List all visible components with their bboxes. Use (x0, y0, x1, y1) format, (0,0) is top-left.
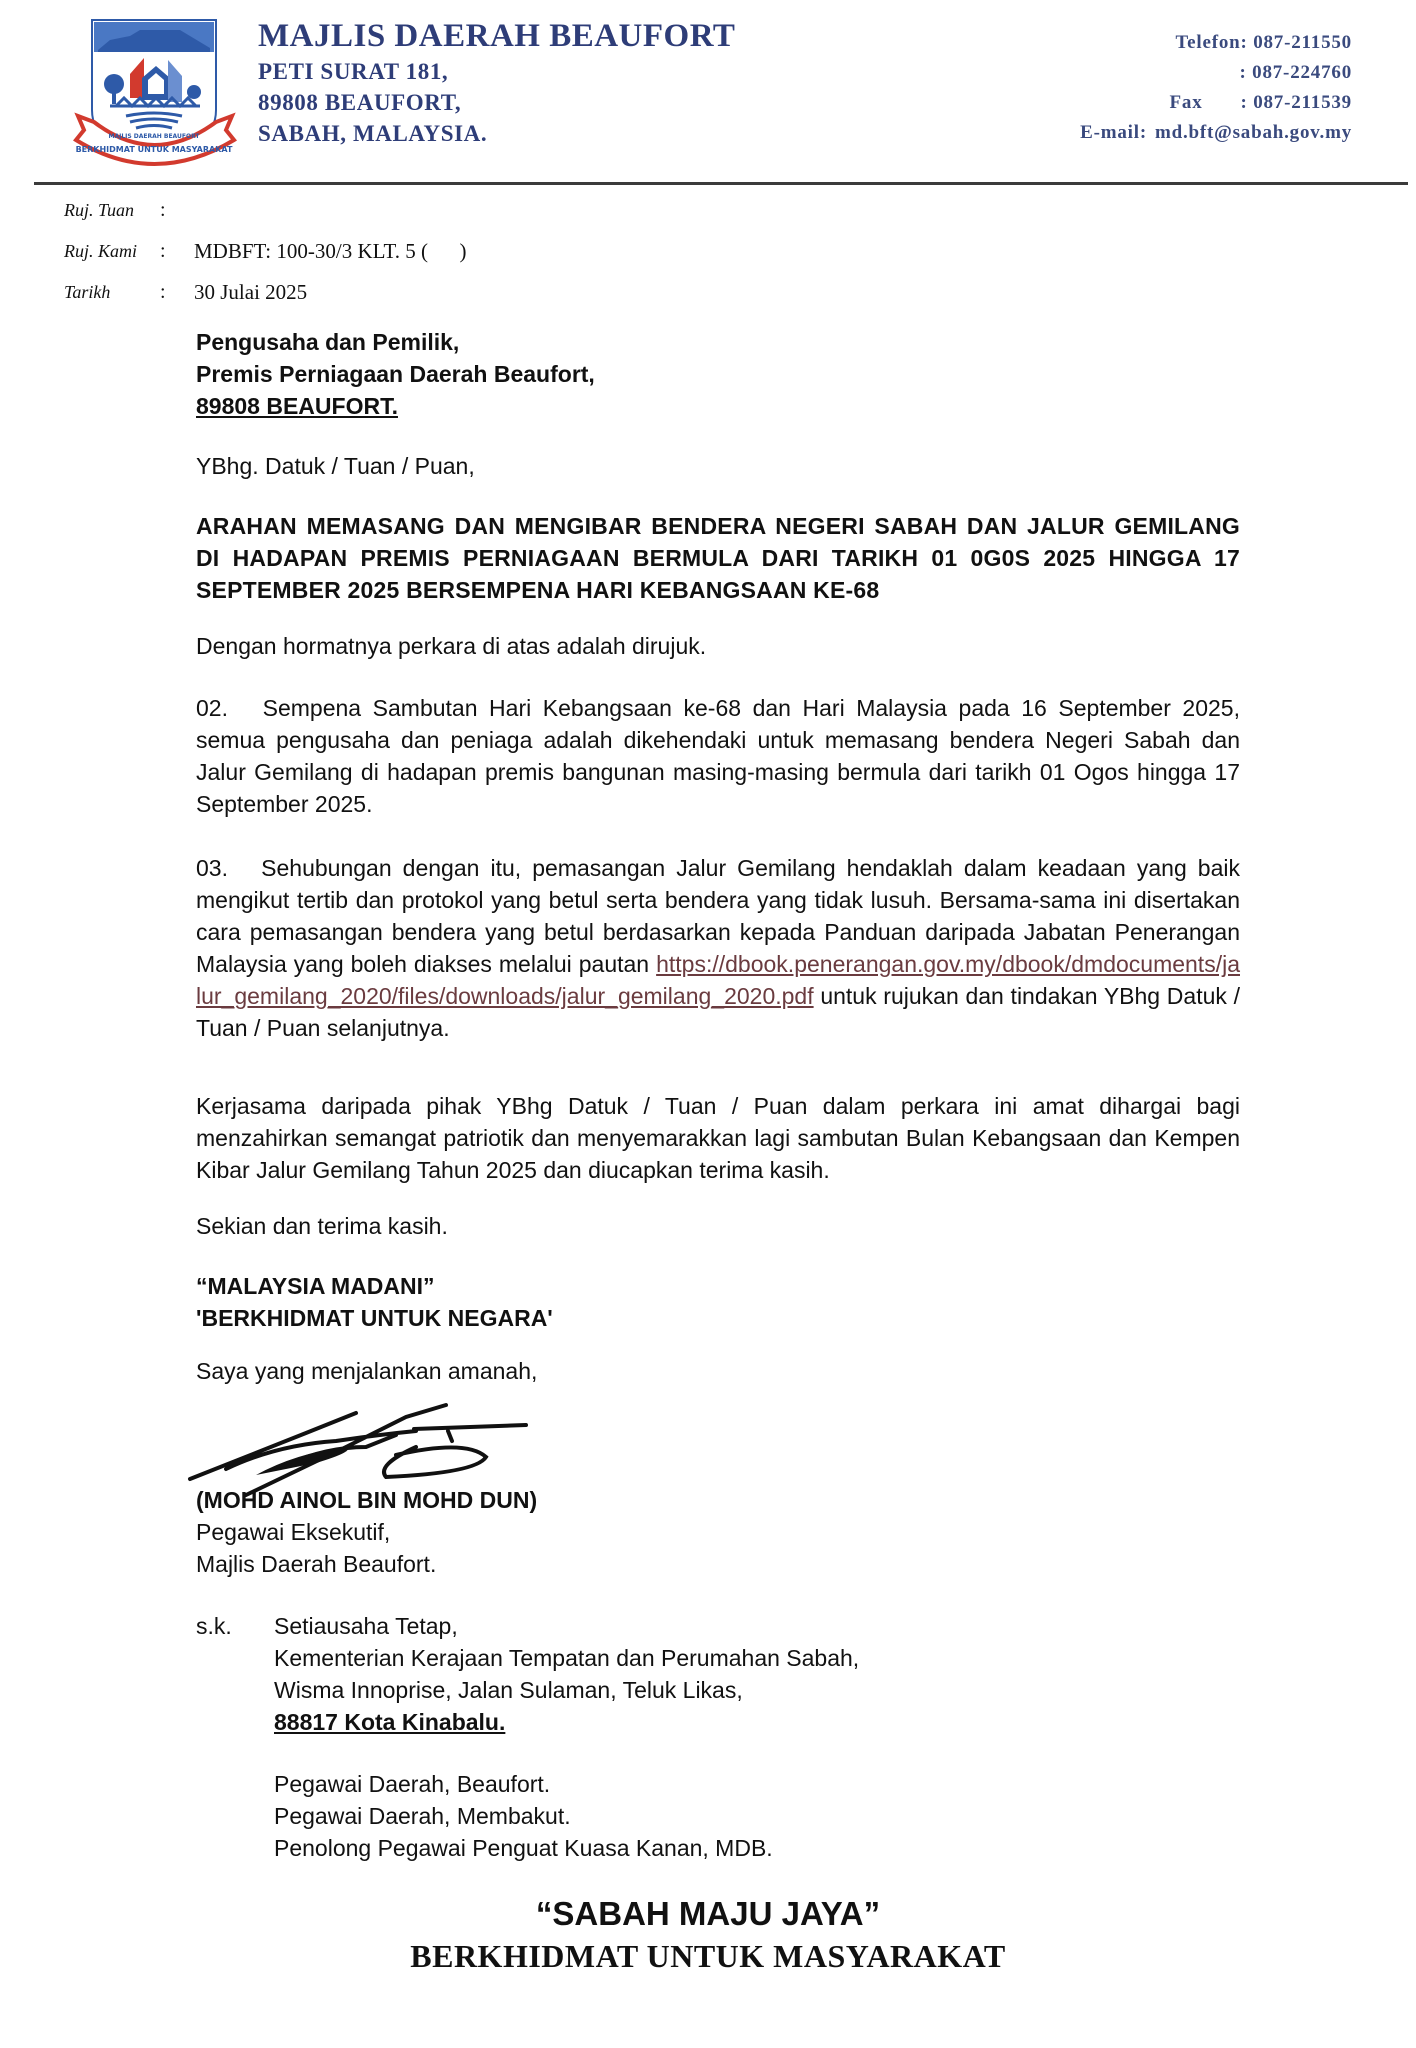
signatory-block: (MOHD AINOL BIN MOHD DUN) Pegawai Ekseku… (196, 1484, 1240, 1580)
crest-name-text: MAJLIS DAERAH BEAUFORT (108, 133, 200, 140)
closing-line: Sekian dan terima kasih. (196, 1210, 1240, 1242)
ruj-kami-label: Ruj. Kami (64, 231, 160, 272)
tarikh-label: Tarikh (64, 272, 160, 313)
ruj-tuan-label: Ruj. Tuan (64, 190, 160, 231)
address-line-2: 89808 BEAUFORT, (258, 87, 735, 118)
salutation: YBhg. Datuk / Tuan / Puan, (196, 450, 1240, 482)
cc-block: s.k. Setiausaha Tetap, Kementerian Keraj… (196, 1610, 859, 1864)
email-address[interactable]: md.bft@sabah.gov.my (1155, 118, 1352, 148)
fax-number: : 087-211539 (1241, 88, 1352, 118)
cc-line: Setiausaha Tetap, (274, 1610, 859, 1642)
reference-block: Ruj. Tuan : Ruj. Kami : MDBFT: 100-30/3 … (64, 190, 467, 313)
separator: : (160, 231, 194, 272)
org-name: MAJLIS DAERAH BEAUFORT (258, 16, 735, 56)
slogan-berkhidmat-negara: 'BERKHIDMAT UNTUK NEGARA' (196, 1302, 1240, 1334)
municipal-crest-icon: BERKHIDMAT UNTUK MASYARAKAT MAJLIS DAERA… (70, 18, 240, 176)
cc-line: Kementerian Kerajaan Tempatan dan Peruma… (274, 1642, 859, 1674)
slogan-block: “MALAYSIA MADANI” 'BERKHIDMAT UNTUK NEGA… (196, 1270, 1240, 1334)
ruj-kami-value: MDBFT: 100-30/3 KLT. 5 ( ) (194, 231, 467, 272)
address-line-3: SABAH, MALAYSIA. (258, 118, 735, 149)
telefon-2: : 087-224760 (1239, 58, 1352, 88)
paragraph-02: 02. Sempena Sambutan Hari Kebangsaan ke-… (196, 692, 1240, 820)
recipient-block: Pengusaha dan Pemilik, Premis Perniagaan… (196, 326, 1240, 422)
recipient-line-3: 89808 BEAUFORT. (196, 390, 1240, 422)
signature-intro: Saya yang menjalankan amanah, (196, 1355, 1240, 1387)
cc-line: 88817 Kota Kinabalu. (274, 1706, 859, 1738)
cc-line: Penolong Pegawai Penguat Kuasa Kanan, MD… (274, 1832, 859, 1864)
telefon-label: Telefon (1175, 28, 1240, 58)
separator: : (160, 190, 194, 231)
footer-motto-berkhidmat: BERKHIDMAT UNTUK MASYARAKAT (0, 1938, 1416, 1975)
tarikh-value: 30 Julai 2025 (194, 272, 307, 313)
email-label: E-mail: (1080, 118, 1147, 148)
recipient-line-2: Premis Perniagaan Daerah Beaufort, (196, 358, 1240, 390)
cc-line: Pegawai Daerah, Beaufort. (274, 1768, 859, 1800)
fax-label: Fax (1170, 88, 1203, 118)
footer-motto-sabah-maju-jaya: “SABAH MAJU JAYA” (0, 1895, 1416, 1933)
crest-ribbon-text: BERKHIDMAT UNTUK MASYARAKAT (76, 145, 233, 154)
telefon-1: : 087-211550 (1241, 28, 1352, 58)
letterhead-divider (34, 182, 1408, 185)
signatory-title: Pegawai Eksekutif, (196, 1516, 1240, 1548)
separator: : (160, 272, 194, 313)
slogan-malaysia-madani: “MALAYSIA MADANI” (196, 1270, 1240, 1302)
opening-paragraph: Dengan hormatnya perkara di atas adalah … (196, 630, 1240, 662)
cc-line: Pegawai Daerah, Membakut. (274, 1800, 859, 1832)
cc-line: Wisma Innoprise, Jalan Sulaman, Teluk Li… (274, 1674, 859, 1706)
letterhead-address-block: MAJLIS DAERAH BEAUFORT PETI SURAT 181, 8… (258, 16, 735, 149)
paragraph-03: 03. Sehubungan dengan itu, pemasangan Ja… (196, 852, 1240, 1044)
paragraph-number: 02. (196, 695, 228, 721)
cc-label: s.k. (196, 1610, 274, 1864)
paragraph-text: Sempena Sambutan Hari Kebangsaan ke-68 d… (196, 695, 1240, 817)
letter-subject: ARAHAN MEMASANG DAN MENGIBAR BENDERA NEG… (196, 510, 1240, 606)
recipient-line-1: Pengusaha dan Pemilik, (196, 326, 1240, 358)
letterhead-contact-block: Telefon: 087-211550 : 087-224760 Fax: 08… (1080, 28, 1352, 148)
address-line-1: PETI SURAT 181, (258, 56, 735, 87)
signatory-name: (MOHD AINOL BIN MOHD DUN) (196, 1484, 1240, 1516)
paragraph-number: 03. (196, 855, 228, 881)
paragraph-04: Kerjasama daripada pihak YBhg Datuk / Tu… (196, 1090, 1240, 1186)
signatory-org: Majlis Daerah Beaufort. (196, 1548, 1240, 1580)
